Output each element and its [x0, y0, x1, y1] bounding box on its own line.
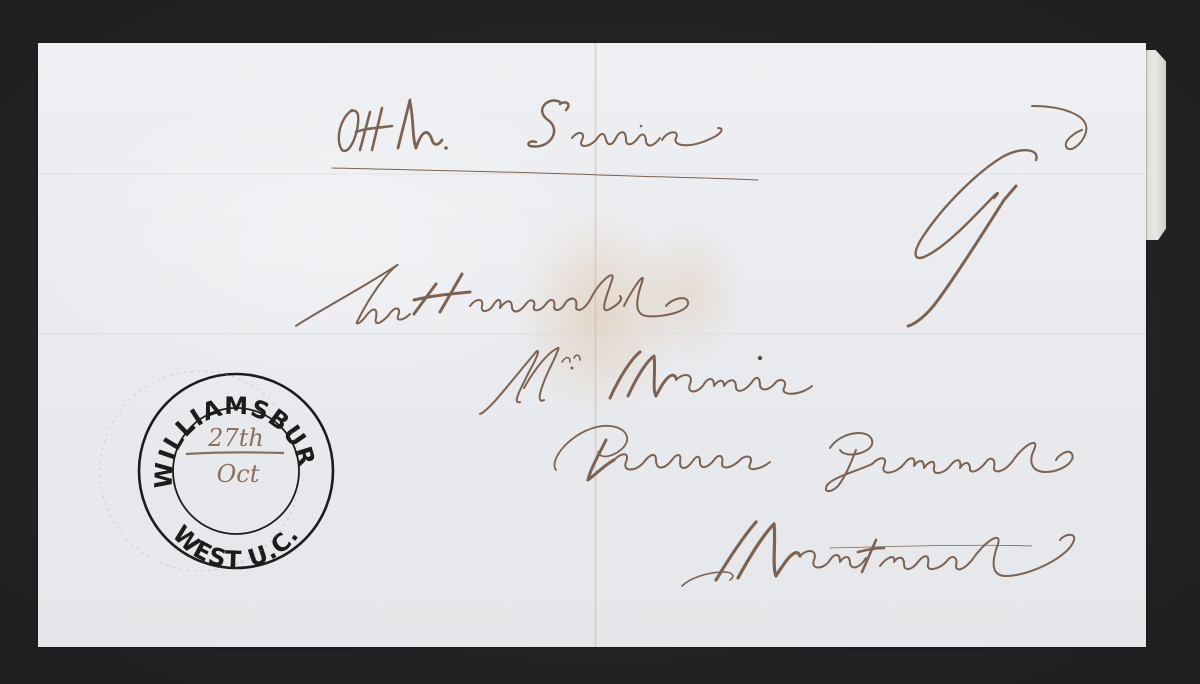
- postmark-town-text: WILLIAMSBURG: [0, 0, 321, 489]
- handwriting-layer: On H.M. Service 9d The Honorable: [0, 0, 1200, 684]
- rate-marking-9: 9d: [908, 106, 1086, 326]
- address-line-4: Montreal: [679, 522, 1074, 586]
- address-line-3: Receiver General: [554, 426, 1072, 491]
- address-line-2: Wm Morris: [480, 348, 812, 414]
- service-endorsement: On H.M. Service: [332, 100, 758, 180]
- address-line-1: The Honorable: [296, 265, 688, 326]
- postmark-region-text: WEST U.C.: [167, 520, 305, 574]
- postmark-date-month: Oct: [217, 460, 260, 488]
- williamsburg-postmark: WILLIAMSBURG WEST U.C. 27th Oct: [0, 0, 333, 574]
- postmark-date-day: 27th: [207, 424, 264, 452]
